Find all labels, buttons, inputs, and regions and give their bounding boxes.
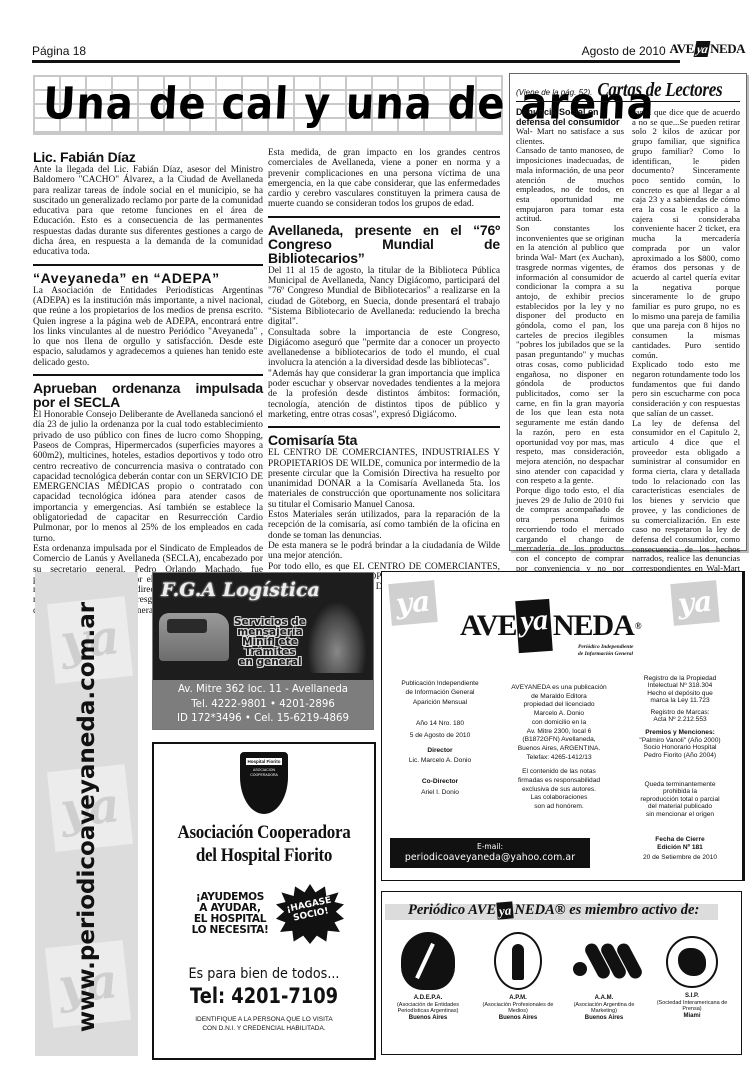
shield-label: Hospital Fiorito xyxy=(246,758,282,765)
disclaimer-line: exclusiva de sus autores. xyxy=(500,786,618,795)
publisher-line: Marcelo A. Donio xyxy=(500,710,618,719)
issue-number: Año 14 Nro. 180 xyxy=(386,720,494,729)
article-title: Lic. Fabián Díaz xyxy=(33,150,263,164)
logo-ya-mark: ya xyxy=(516,599,554,653)
title-line: del Hospital Fiorito xyxy=(163,845,365,868)
column-2: Esta medida, de gran impacto en los gran… xyxy=(268,148,500,592)
trademark-line: Acta Nº 2.212.553 xyxy=(618,716,742,723)
title-pre: Periódico AVE xyxy=(408,902,496,919)
member-name: (Asociación Argentina de Marketing) xyxy=(562,1002,646,1015)
logo-ya-mark: ya xyxy=(497,901,515,919)
ad-title: Asociación Cooperadora del Hospital Fior… xyxy=(163,822,365,868)
issue-date: 5 de Agosto de 2010 xyxy=(386,732,494,741)
service-line: en general xyxy=(225,657,315,667)
letters-column-2: cartel que dice que de acuerdo a no se q… xyxy=(632,108,740,641)
disclaimer-line: son ad honórem. xyxy=(500,803,618,812)
member-name: (Asociación de Entidades Periodísticas A… xyxy=(386,1002,470,1015)
member-apm: A.P.M. (Asociación Profesionales de Medi… xyxy=(476,932,560,1021)
award-line: Pedro Fiorito (Año 2004) xyxy=(618,752,742,759)
aam-logo-icon xyxy=(571,932,637,990)
article-paragraph: De esta manera se le podrá brindar a la … xyxy=(268,541,500,562)
shield-icon: Hospital Fiorito ASOCIACION COOPERADORA xyxy=(240,752,288,814)
publisher-line: Telefax: 4265-1412/13 xyxy=(500,754,618,763)
ad-note: IDENTIFIQUE A LA PERSONA QUE LO VISITA C… xyxy=(154,1016,374,1033)
registry-line: Registro de la Propiedad xyxy=(618,675,742,682)
email-address[interactable]: periodicoaveyaneda@yahoo.com.ar xyxy=(390,852,590,863)
ad-title: F.G.A Logística xyxy=(161,579,320,601)
article-paragraph: Esta medida, de gran impacto en los gran… xyxy=(268,148,500,210)
letter-paragraph: Wal- Mart no satisface a sus clientes. xyxy=(516,127,624,146)
publisher-line: Buenos Aires, ARGENTINA. xyxy=(500,745,618,754)
note-line: CON D.N.I. Y CREDENCIAL HABILITADA. xyxy=(154,1025,374,1034)
article-secla-continued: Esta medida, de gran impacto en los gran… xyxy=(268,148,500,210)
adepa-logo-icon xyxy=(401,932,455,990)
trademark-line: Registro de Marcas: xyxy=(618,709,742,716)
continued-from-ref: (Viene de la pág. 52). xyxy=(516,88,592,97)
tagline-line: de Información General xyxy=(578,651,633,658)
logo-text-right: NEDA xyxy=(553,609,634,643)
pub-line: de Información General xyxy=(386,689,494,698)
article-paragraph: Ante la llegada del Lic. Fabián Díaz, as… xyxy=(33,165,263,258)
publisher-line: de Maraldo Editora xyxy=(500,693,618,702)
letters-column-1: Denuncia Social en defensa del consumido… xyxy=(516,108,624,641)
member-name: (Asociación Profesionales de Medios) xyxy=(476,1002,560,1015)
closing-date: 20 de Setiembre de 2010 xyxy=(618,854,742,861)
column-1: Lic. Fabián Díaz Ante la llegada del Lic… xyxy=(33,150,263,616)
award-line: Socio Honorario Hospital xyxy=(618,744,742,751)
notice-line: sin mencionar el origen xyxy=(618,811,742,818)
awards-label: Premios y Menciones: xyxy=(618,729,742,736)
codirector-label: Co-Director xyxy=(386,778,494,787)
letter-paragraph: Son constantes los inconvenientes que se… xyxy=(516,224,624,486)
header-divider xyxy=(32,60,680,63)
motorcycle-image xyxy=(307,601,367,673)
logo-ya-mark: ya xyxy=(693,41,710,57)
member-city: Buenos Aires xyxy=(386,1015,470,1022)
disclaimer-line: El contenido de las notas xyxy=(500,768,618,777)
masthead-box: ya ya AVEyaNEDA® Periódico Independiente… xyxy=(381,571,745,881)
publisher-line: con domicilio en la xyxy=(500,719,618,728)
letter-paragraph: cartel que dice que de acuerdo a no se q… xyxy=(632,108,740,360)
slogan-line: LO NECESITA! xyxy=(188,925,272,936)
masthead-column-1: Publicación Independiente de Información… xyxy=(386,680,494,797)
director-label: Director xyxy=(386,747,494,756)
title-line: Asociación Cooperadora xyxy=(163,822,365,845)
publisher-line: (B1872GFN) Avellaneda, xyxy=(500,736,618,745)
article-title: Aprueban ordenanza impulsada por el SECL… xyxy=(33,381,263,409)
header-logo: AVEyaNEDA xyxy=(670,41,745,57)
tagline-line: Periódico Independiente xyxy=(578,644,633,651)
article-paragraph: Consultada sobre la importancia de este … xyxy=(268,328,500,369)
publisher-line: propiedad del licenciado xyxy=(500,701,618,710)
letter-paragraph: Cansado de tanto manoseo, de imposicione… xyxy=(516,146,624,224)
email-banner: E-mail: periodicoaveyaneda@yahoo.com.ar xyxy=(390,838,590,868)
letters-columns: Denuncia Social en defensa del consumido… xyxy=(516,108,740,641)
issue-date: Agosto de 2010 · xyxy=(582,44,673,58)
article-paragraph: El Honorable Consejo Deliberante de Avel… xyxy=(33,410,263,544)
pub-line: Publicación Independiente xyxy=(386,680,494,689)
ad-slogan: ¡AYUDEMOS A AYUDAR, EL HOSPITAL LO NECES… xyxy=(188,892,272,936)
article-paragraph: EL CENTRO DE COMERCIANTES, INDUSTRIALES … xyxy=(268,448,500,510)
letters-box: (Viene de la pág. 52). Cartas de Lectore… xyxy=(509,73,747,551)
page-header: Página 18 Agosto de 2010 · AVEyaNEDA xyxy=(32,40,745,62)
codirector-name: Ariel I. Donio xyxy=(386,789,494,798)
ad-address: Av. Mitre 362 loc. 11 - Avellaneda xyxy=(153,683,373,698)
logo-text-right: NEDA xyxy=(710,41,745,57)
article-paragraph: La Asociación de Entidades Periodísticas… xyxy=(33,286,263,368)
section-banner: Una de cal y una de arena xyxy=(33,75,503,135)
masthead-column-3: Registro de la Propiedad Intelectual Nº … xyxy=(618,675,742,861)
notice-line: prohibida la xyxy=(618,788,742,795)
membership-box: Periódico AVEyaNEDA® es miembro activo d… xyxy=(381,891,742,1055)
ad-phones: Tel. 4222-9801 • 4201-2896 xyxy=(153,698,373,713)
article-divider xyxy=(33,374,263,376)
ya-watermark-icon: ya xyxy=(388,580,437,626)
article-comisaria: Comisaría 5ta EL CENTRO DE COMERCIANTES,… xyxy=(268,433,500,592)
registry-line: Intelectual Nº 318.304 xyxy=(618,682,742,689)
shield-subtitle: ASOCIACION COOPERADORA xyxy=(248,768,280,777)
ad-id-cel: ID 172*3496 • Cel. 15-6219-4869 xyxy=(153,712,373,727)
disclaimer-line: firmadas es responsabilidad xyxy=(500,777,618,786)
ad-contact-info: Av. Mitre 362 loc. 11 - Avellaneda Tel. … xyxy=(153,680,373,730)
article-bibliotecarios: Avellaneda, presente en el “76º Congreso… xyxy=(268,223,500,420)
letters-title: Cartas de Lectores xyxy=(597,79,722,102)
member-adepa: A.D.E.P.A. (Asociación de Entidades Peri… xyxy=(386,932,470,1021)
article-divider xyxy=(268,216,500,218)
article-paragraph: Del 11 al 15 de agosto, la titular de la… xyxy=(268,266,500,328)
registered-mark: ® xyxy=(635,621,641,631)
member-name: (Sociedad Interamericana de Prensa) xyxy=(650,1000,734,1013)
publisher-line: AVEYANEDA es una publicación xyxy=(500,684,618,693)
award-line: "Palmiro Vanoli" (Año 2000) xyxy=(618,737,742,744)
letters-header: (Viene de la pág. 52). Cartas de Lectore… xyxy=(516,80,740,102)
member-city: Buenos Aires xyxy=(476,1015,560,1022)
ad-fga-logistica: F.G.A Logística Servicios de mensajería … xyxy=(152,572,374,730)
letter-subtitle: Denuncia Social en defensa del consumido… xyxy=(516,108,624,127)
article-title: Avellaneda, presente en el “76º Congreso… xyxy=(268,223,500,265)
ad-tagline: Es para bien de todos... xyxy=(167,966,361,982)
article-paragraph: "Además hay que considerar la gran impor… xyxy=(268,369,500,420)
article-divider xyxy=(33,264,263,266)
registry-line: Hecho el depósito que xyxy=(618,690,742,697)
article-adepa: “Aveyaneda” en “ADEPA” La Asociación de … xyxy=(33,271,263,368)
ad-hospital-fiorito: Hospital Fiorito ASOCIACION COOPERADORA … xyxy=(152,742,376,1060)
article-title: “Aveyaneda” en “ADEPA” xyxy=(33,271,263,285)
masthead-column-2: AVEYANEDA es una publicación de Maraldo … xyxy=(500,684,618,812)
title-post: NEDA® es miembro activo de: xyxy=(515,902,700,919)
masthead-tagline: Periódico Independiente de Información G… xyxy=(578,644,633,658)
letter-paragraph: Explicado todo esto me negaron rotundame… xyxy=(632,360,740,418)
notice-line: Queda terminantemente xyxy=(618,781,742,788)
member-aam: A.A.M. (Asociación Argentina de Marketin… xyxy=(562,932,646,1021)
disclaimer-line: Las colaboraciones xyxy=(500,794,618,803)
apm-logo-icon xyxy=(494,932,542,990)
note-line: IDENTIFIQUE A LA PERSONA QUE LO VISITA xyxy=(154,1016,374,1025)
website-side-banner: ya ya ya www.periodicoaveyaneda.com.ar xyxy=(35,572,138,1056)
registry-line: marca la Ley 11.723 xyxy=(618,697,742,704)
member-city: Miami xyxy=(650,1013,734,1020)
logo-text-left: AVE xyxy=(460,609,516,643)
notice-line: reproducción total o parcial xyxy=(618,796,742,803)
notice-line: del material publicado xyxy=(618,803,742,810)
article-divider xyxy=(268,426,500,428)
article-fabian-diaz: Lic. Fabián Díaz Ante la llegada del Lic… xyxy=(33,150,263,258)
van-image xyxy=(159,613,229,661)
membership-title: Periódico AVEyaNEDA® es miembro activo d… xyxy=(408,902,699,919)
ad-phone: Tel: 4201-7109 xyxy=(171,984,358,1008)
closing-label: Fecha de Cierre xyxy=(618,836,742,843)
page-number: Página 18 xyxy=(32,44,86,58)
ad-services: Servicios de mensajería Minifl ete Trámi… xyxy=(225,617,315,667)
email-label: E-mail: xyxy=(390,841,590,852)
member-sip: S.I.P. (Sociedad Interamericana de Prens… xyxy=(650,932,734,1019)
ya-watermark-icon: ya xyxy=(670,580,719,626)
frequency: Aparición Mensual xyxy=(386,699,494,708)
logo-text-left: AVE xyxy=(670,41,694,57)
article-paragraph: Estos Materiales serán utilizados, para … xyxy=(268,510,500,541)
article-title: Comisaría 5ta xyxy=(268,433,500,447)
website-url: www.periodicoaveyaneda.com.ar xyxy=(74,602,100,1032)
member-city: Buenos Aires xyxy=(562,1015,646,1022)
closing-edition: Edición Nº 181 xyxy=(618,844,742,851)
director-name: Lic. Marcelo A. Donio xyxy=(386,757,494,766)
sip-globe-logo-icon xyxy=(666,936,718,988)
publisher-line: Av. Mitre 2300, local 6 xyxy=(500,728,618,737)
